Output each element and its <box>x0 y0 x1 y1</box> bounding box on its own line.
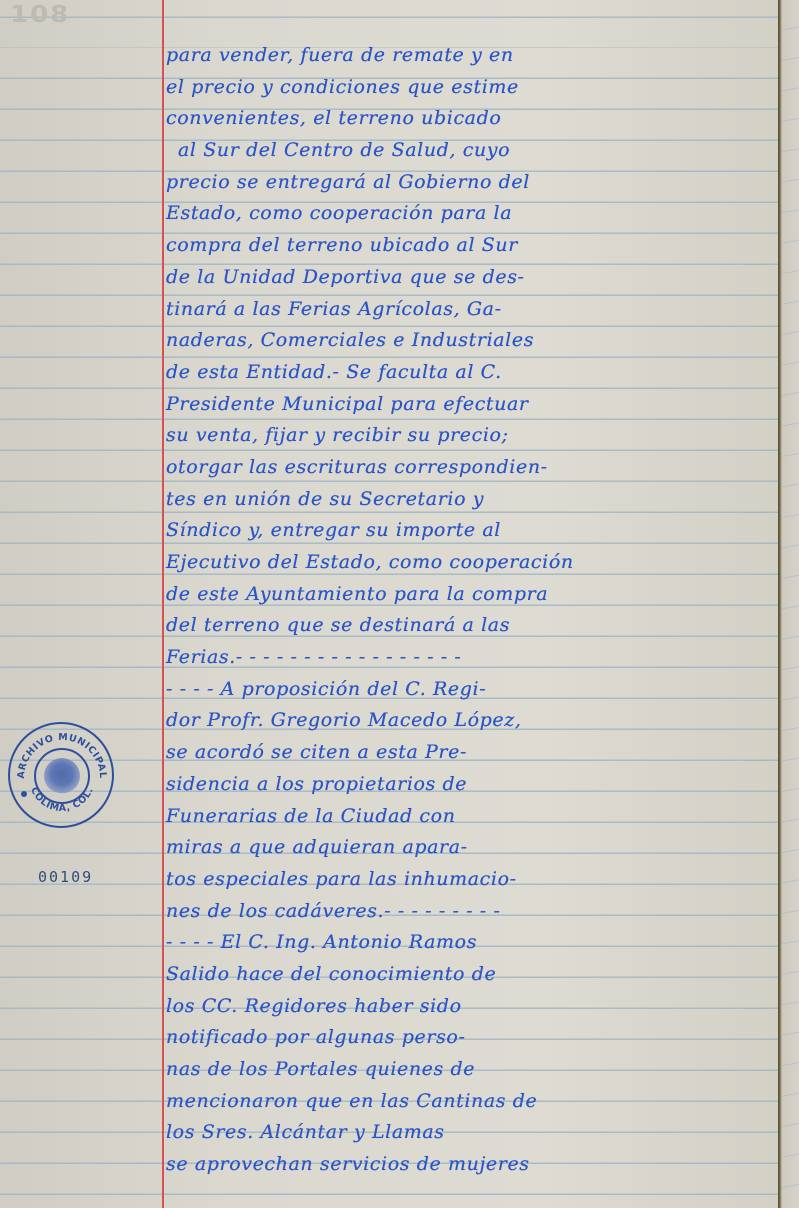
text-line: se acordó se citen a esta Pre- <box>166 737 776 769</box>
text-line: los CC. Regidores haber sido <box>166 991 776 1023</box>
next-page-ruled-lines <box>782 0 799 1208</box>
ledger-page: 108 ARCHIVO MUNICIPAL COLIMA, COL. 00109… <box>0 0 778 1208</box>
text-line: al Sur del Centro de Salud, cuyo <box>166 135 776 167</box>
text-line: se aprovechan servicios de mujeres <box>166 1149 776 1181</box>
text-line: - - - - A proposición del C. Regi- <box>166 674 776 706</box>
text-line: precio se entregará al Gobierno del <box>166 167 776 199</box>
text-line: Ferias.- - - - - - - - - - - - - - - - - <box>166 642 776 674</box>
stamp-inner-ring <box>34 748 90 804</box>
text-line: su venta, fijar y recibir su precio; <box>166 420 776 452</box>
text-line: Síndico y, entregar su importe al <box>166 515 776 547</box>
text-line: Salido hace del conocimiento de <box>166 959 776 991</box>
text-line: de la Unidad Deportiva que se des- <box>166 262 776 294</box>
text-line: los Sres. Alcántar y Llamas <box>166 1117 776 1149</box>
archivo-municipal-stamp: ARCHIVO MUNICIPAL COLIMA, COL. <box>8 722 114 828</box>
text-line: convenientes, el terreno ubicado <box>166 103 776 135</box>
text-line: de esta Entidad.- Se faculta al C. <box>166 357 776 389</box>
folio-number: 108 <box>10 2 70 29</box>
text-line: tes en unión de su Secretario y <box>166 484 776 516</box>
text-line: del terreno que se destinará a las <box>166 610 776 642</box>
text-line: el precio y condiciones que estime <box>166 72 776 104</box>
text-line: Ejecutivo del Estado, como cooperación <box>166 547 776 579</box>
text-line: otorgar las escrituras correspondien- <box>166 452 776 484</box>
handwritten-text-block: para vender, fuera de remate y en el pre… <box>166 40 776 1181</box>
text-line: naderas, Comerciales e Industriales <box>166 325 776 357</box>
text-line: compra del terreno ubicado al Sur <box>166 230 776 262</box>
text-line: - - - - El C. Ing. Antonio Ramos <box>166 927 776 959</box>
stamp-star-icon <box>21 791 27 797</box>
text-line: tos especiales para las inhumacio- <box>166 864 776 896</box>
text-line: Estado, como cooperación para la <box>166 198 776 230</box>
text-line: mencionaron que en las Cantinas de <box>166 1086 776 1118</box>
text-line: nes de los cadáveres.- - - - - - - - - <box>166 896 776 928</box>
text-line: de este Ayuntamiento para la compra <box>166 579 776 611</box>
text-line: sidencia a los propietarios de <box>166 769 776 801</box>
text-line: Presidente Municipal para efectuar <box>166 389 776 421</box>
text-line: Funerarias de la Ciudad con <box>166 801 776 833</box>
text-line: nas de los Portales quienes de <box>166 1054 776 1086</box>
text-line: notificado por algunas perso- <box>166 1022 776 1054</box>
text-line: tinará a las Ferias Agrícolas, Ga- <box>166 294 776 326</box>
text-line: para vender, fuera de remate y en <box>166 40 776 72</box>
text-line: dor Profr. Gregorio Macedo López, <box>166 705 776 737</box>
control-number: 00109 <box>38 868 93 886</box>
mexican-eagle-seal-icon <box>44 758 80 794</box>
text-line: miras a que adquieran apara- <box>166 832 776 864</box>
red-margin-line <box>162 0 164 1208</box>
